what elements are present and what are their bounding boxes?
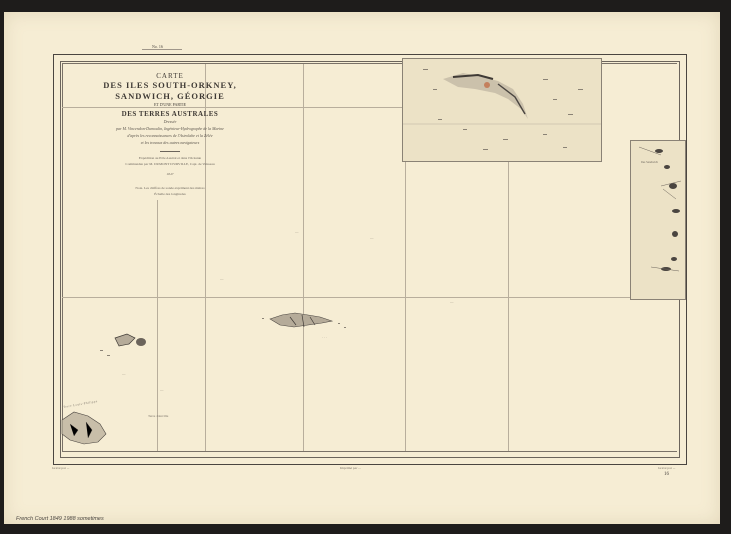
plate-rule — [142, 49, 182, 50]
parallel-line — [62, 297, 630, 298]
title-line-2: DES ILES SOUTH-ORKNEY, — [80, 80, 260, 91]
handwritten-annotation: French Court 1849 1988 sometimes — [16, 516, 104, 522]
sounding: — — [295, 230, 299, 234]
title-divider — [160, 151, 180, 152]
south-orkney-islands-icon — [403, 59, 601, 161]
inset-sandwich-islands: Iles Sandwich — [630, 140, 686, 300]
title-line-7: par M. Vincendon-Dumoulin, Ingénieur-Hyd… — [80, 125, 260, 132]
sounding: — — [220, 277, 224, 281]
bottom-scale-bar — [62, 451, 677, 455]
sounding-label: · · · — [322, 336, 327, 340]
engraver-right: Gravé par ... — [658, 466, 675, 470]
south-shetland-islands — [95, 330, 155, 365]
title-line-3: SANDWICH, GÉORGIE — [80, 91, 260, 102]
title-cartouche: CARTE DES ILES SOUTH-ORKNEY, SANDWICH, G… — [80, 72, 260, 197]
title-year: 1847 — [80, 171, 260, 177]
left-scale-bar — [62, 63, 63, 451]
sandwich-islands-icon: Iles Sandwich — [631, 141, 685, 299]
title-line-carte: CARTE — [80, 72, 260, 80]
meridian-line — [303, 64, 304, 451]
sounding: — — [160, 388, 164, 392]
south-georgia-island-icon — [260, 305, 350, 335]
title-line-6: Dressée — [80, 118, 260, 125]
sounding: — — [450, 300, 454, 304]
title-line-5: DES TERRES AUSTRALES — [80, 110, 260, 118]
inset-south-orkney — [402, 58, 602, 162]
south-shetland-islands-icon — [95, 330, 155, 360]
sounding: — — [122, 372, 126, 376]
sandwich-label: Iles Sandwich — [641, 160, 658, 164]
terre-louis-philippe — [60, 400, 120, 455]
title-line-4: ET D'UNE PARTIE — [80, 102, 260, 107]
engraver-left: Gravé par ... — [52, 466, 69, 470]
meridian-line — [405, 160, 406, 451]
plate-number-bottom: 16 — [664, 472, 669, 477]
imprint-center: Imprimé par ... — [340, 466, 361, 470]
joinville-label: Terre Joinville — [148, 414, 168, 418]
title-line-11: Commandée par M. DUMONT D'URVILLE, Capt.… — [80, 161, 260, 167]
title-line-9: et les travaux des autres navigateurs — [80, 139, 260, 146]
title-line-8: d'après les reconnaissances de l'Astrola… — [80, 132, 260, 139]
sounding: — — [370, 236, 374, 240]
south-georgia — [260, 305, 350, 340]
title-note-2: Échelle des longitudes — [80, 191, 260, 197]
